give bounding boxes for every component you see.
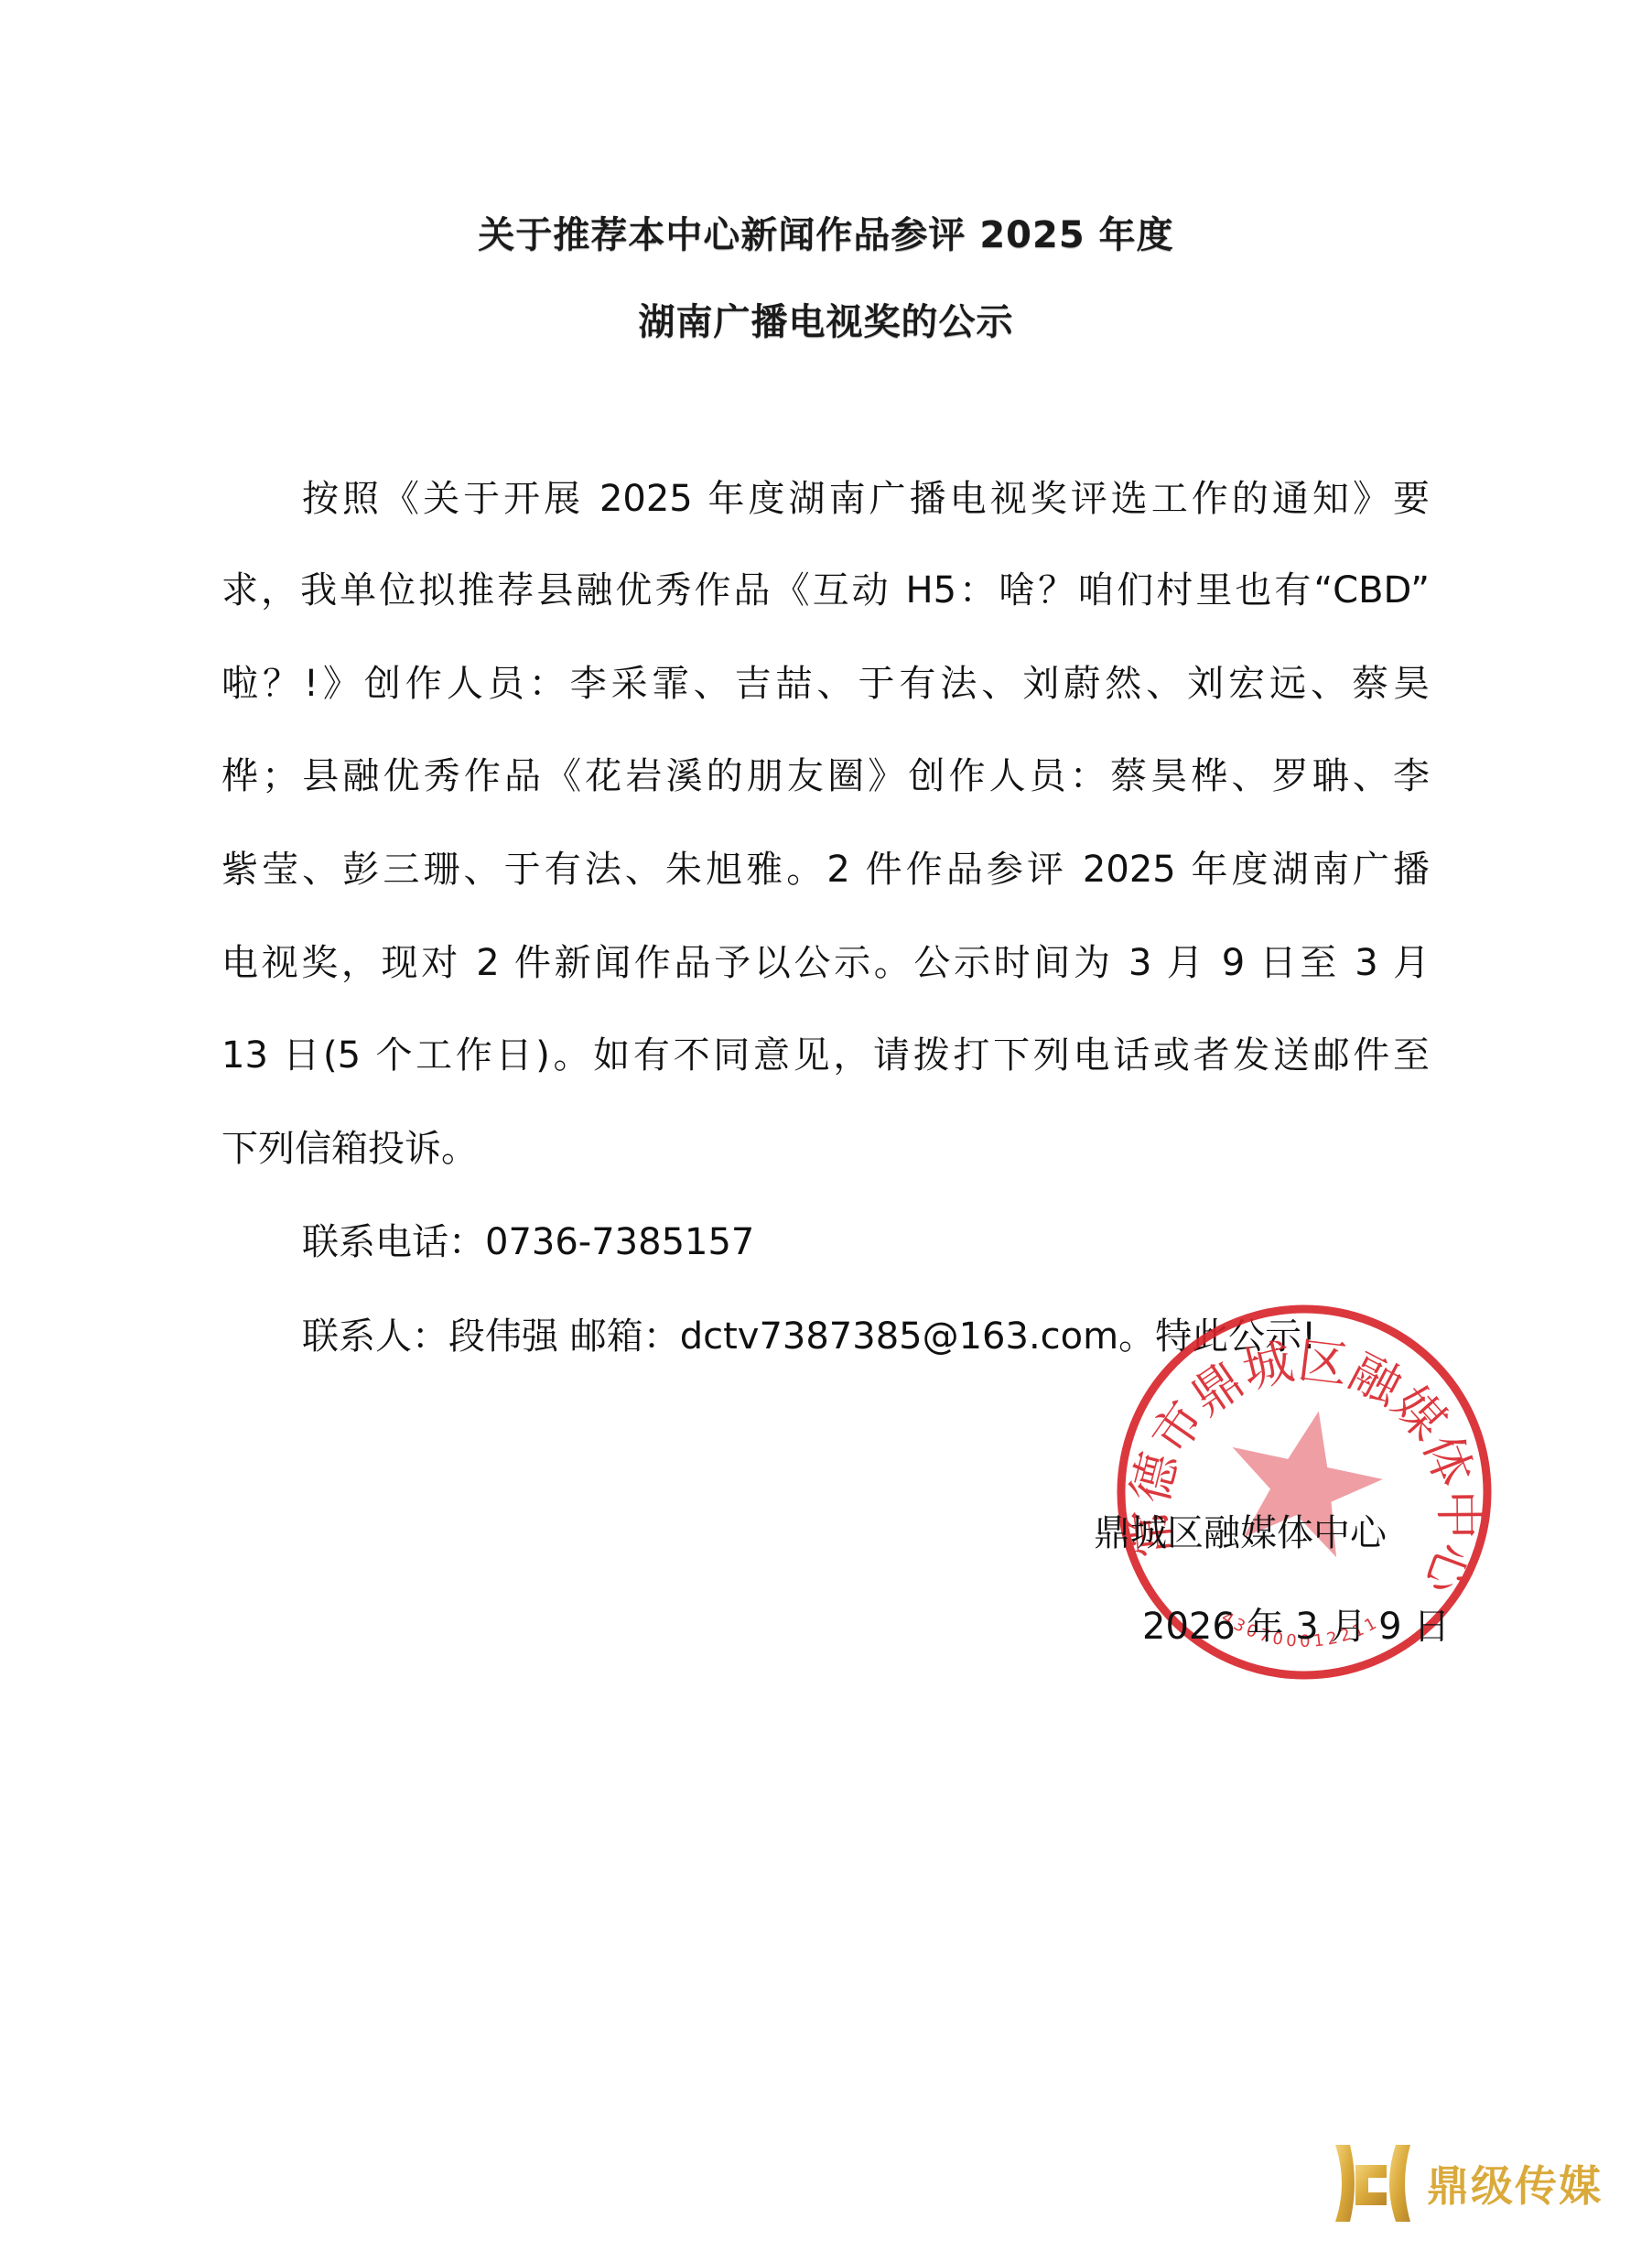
- paragraph-line: 啦？!》创作人员：李采霏、吉喆、于有法、刘蔚然、刘宏远、蔡昊: [221, 661, 1430, 707]
- brand-name: 鼎级传媒: [1427, 2153, 1603, 2213]
- signature-date: 2026 年 3 月 9 日: [1142, 1604, 1450, 1650]
- paragraph-line: 13 日(5 个工作日)。如有不同意见，请拨打下列电话或者发送邮件至: [221, 1033, 1430, 1078]
- paragraph-line: 紫莹、彭三珊、于有法、朱旭雅。2 件作品参评 2025 年度湖南广播: [221, 847, 1430, 893]
- signature-organization: 鼎城区融媒体中心: [1094, 1510, 1387, 1556]
- brand-logo-icon: [1332, 2138, 1414, 2229]
- contact-phone: 联系电话：0736-7385157: [302, 1219, 754, 1265]
- paragraph-line: 电视奖，现对 2 件新闻作品予以公示。公示时间为 3 月 9 日至 3 月: [221, 940, 1430, 986]
- paragraph-line: 桦；县融优秀作品《花岩溪的朋友圈》创作人员：蔡昊桦、罗聃、李: [221, 753, 1430, 799]
- paragraph-line: 按照《关于开展 2025 年度湖南广播电视奖评选工作的通知》要: [302, 476, 1430, 522]
- watermark-logo: 鼎级传媒: [1332, 2138, 1603, 2229]
- paragraph-line: 下列信箱投诉。: [221, 1126, 1430, 1172]
- document-title-line-2: 湖南广播电视奖的公示: [0, 293, 1652, 345]
- document-title-line-1: 关于推荐本中心新闻作品参评 2025 年度: [0, 206, 1652, 258]
- paragraph-line: 求，我单位拟推荐县融优秀作品《互动 H5：啥？咱们村里也有“CBD”: [221, 568, 1430, 613]
